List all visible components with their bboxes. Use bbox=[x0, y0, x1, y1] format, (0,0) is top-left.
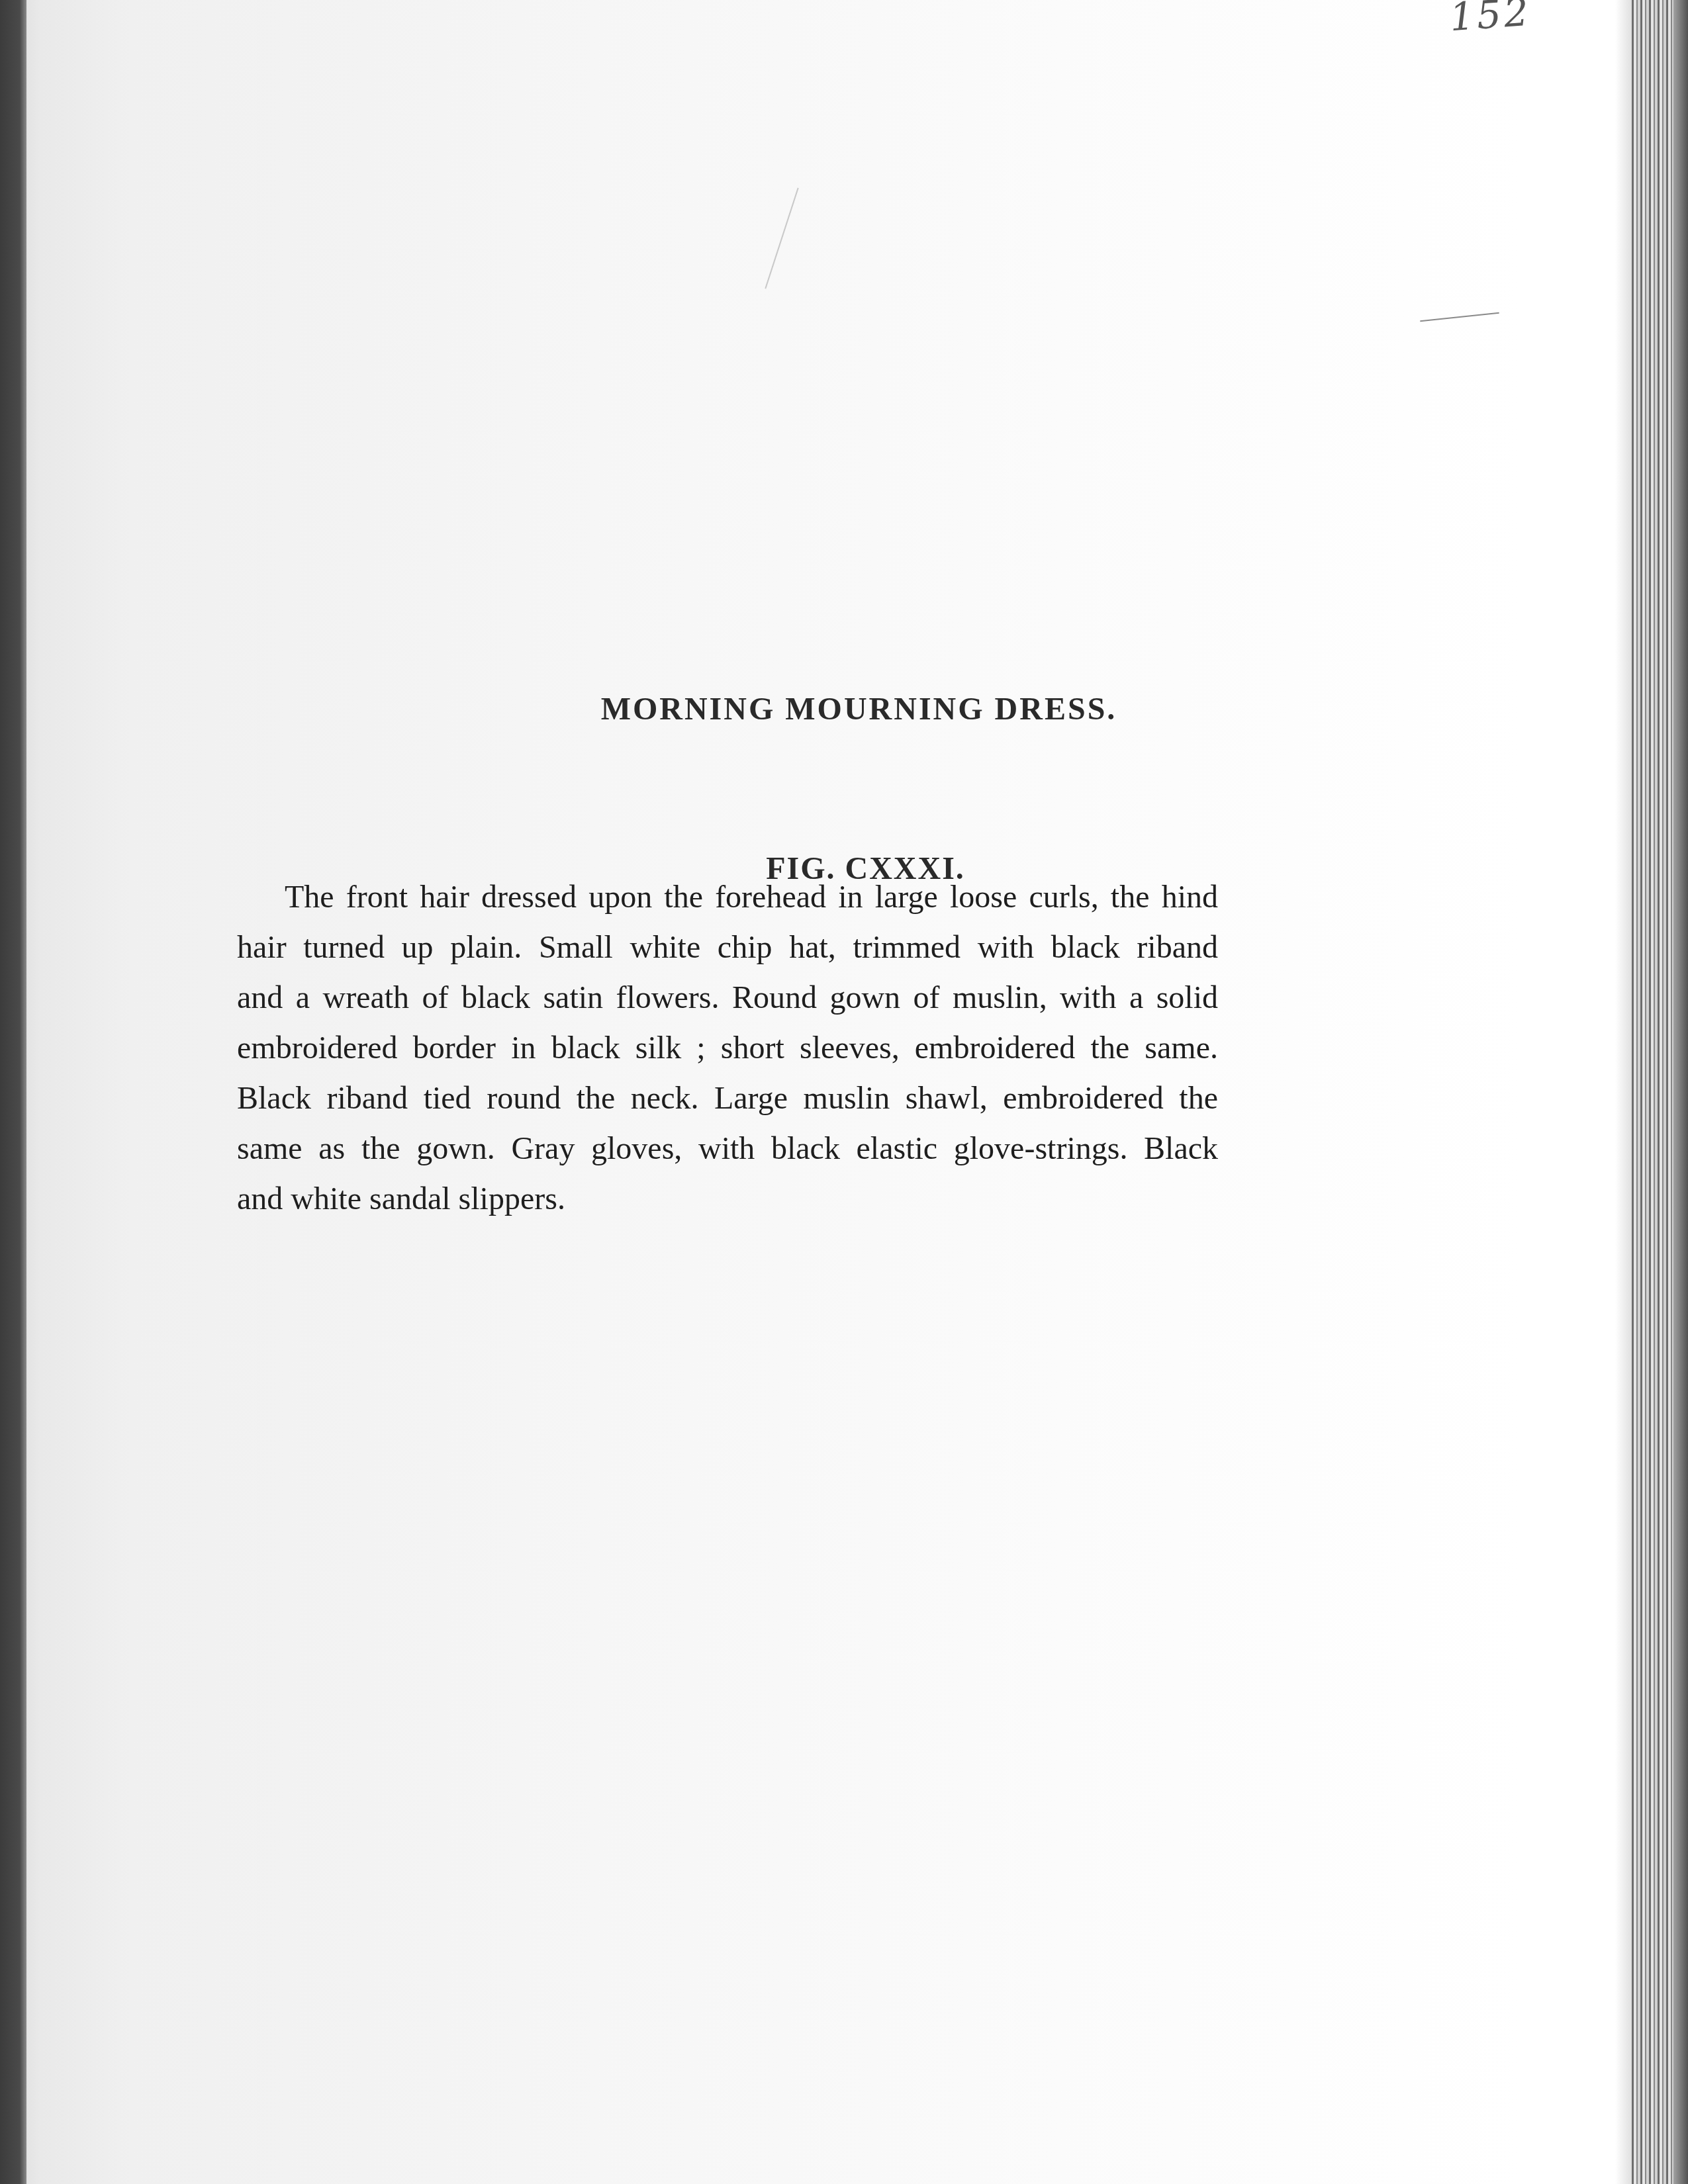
paragraph-line: same as the gown. Gray gloves, with blac… bbox=[237, 1124, 1218, 1174]
scanned-page: 152 MORNING MOURNING DRESS. FIG. CXXXI. … bbox=[0, 0, 1688, 2184]
page-title: MORNING MOURNING DRESS. bbox=[0, 691, 1688, 727]
stray-pen-mark bbox=[765, 188, 798, 289]
paragraph-line: Black riband tied round the neck. Large … bbox=[237, 1073, 1218, 1124]
handwritten-folio-mark: 152 bbox=[1448, 0, 1532, 40]
paragraph-line: hair turned up plain. Small white chip h… bbox=[237, 923, 1218, 973]
paragraph-line: and white sandal slippers. bbox=[237, 1174, 1218, 1224]
stray-pen-mark bbox=[1420, 312, 1499, 322]
paragraph-line: The front hair dressed upon the forehead… bbox=[237, 872, 1218, 923]
paragraph-line: embroidered border in black silk ; short… bbox=[237, 1023, 1218, 1073]
paragraph-line: and a wreath of black satin flowers. Rou… bbox=[237, 973, 1218, 1023]
book-gutter-shadow bbox=[0, 0, 26, 2184]
book-page-edges bbox=[1632, 0, 1688, 2184]
description-paragraph: The front hair dressed upon the forehead… bbox=[237, 872, 1218, 1224]
